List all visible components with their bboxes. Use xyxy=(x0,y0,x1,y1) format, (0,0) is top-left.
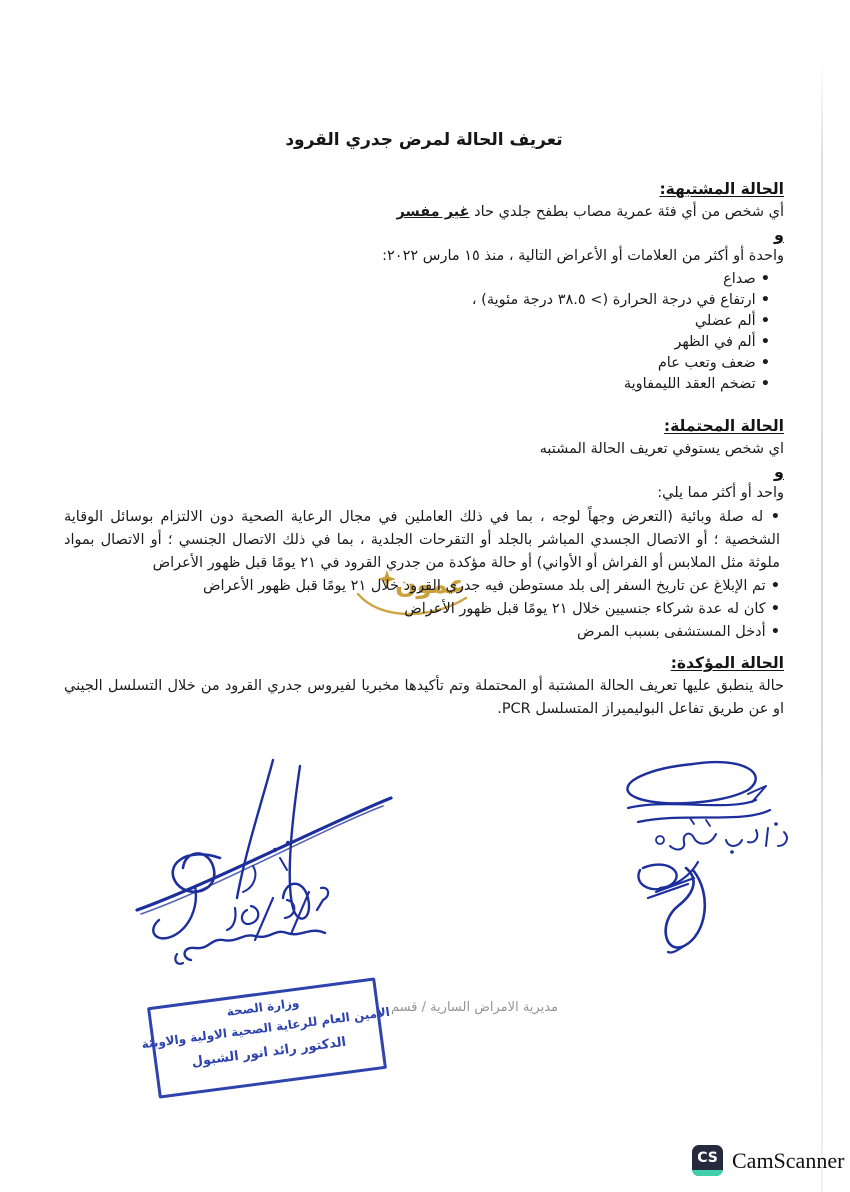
suspected-criteria-intro: واحدة أو أكثر من العلامات أو الأعراض الت… xyxy=(64,245,784,267)
suspected-heading: الحالة المشتبهة: xyxy=(64,180,784,198)
scanned-document-page: عمون تعريف الحالة لمرض جدري القرود الحال… xyxy=(0,0,850,1192)
probable-conjunction: و xyxy=(64,462,784,481)
page-title: تعريف الحالة لمرض جدري القرود xyxy=(64,130,784,150)
confirmed-body: حالة ينطبق عليها تعريف الحالة المشتبة أو… xyxy=(64,675,784,721)
confirmed-heading: الحالة المؤكدة: xyxy=(64,654,784,672)
suspected-conjunction: و xyxy=(64,225,784,244)
camscanner-logo-icon: CS xyxy=(692,1145,723,1176)
symptom-item: ارتفاع في درجة الحرارة (> ٣٨.٥ درجة مئوي… xyxy=(64,290,770,311)
department-line: مديرية الامراض السارية / قسم xyxy=(288,1000,558,1015)
section-confirmed-case: الحالة المؤكدة: حالة ينطبق عليها تعريف ا… xyxy=(64,654,784,721)
symptom-item: ضعف وتعب عام xyxy=(64,353,770,374)
criteria-item: أدخل المستشفى بسبب المرض xyxy=(64,621,780,644)
criteria-item: تم الإبلاغ عن تاريخ السفر إلى بلد مستوطن… xyxy=(64,575,780,598)
suspected-intro: أي شخص من أي فئة عمرية مصاب بطفح جلدي حا… xyxy=(64,201,784,223)
stamp-line-doctor-name: الدكتور رائد انور الشبول xyxy=(191,1035,347,1070)
symptom-item: ألم في الظهر xyxy=(64,332,770,353)
probable-criteria-intro: واحد أو أكثر مما يلي: xyxy=(64,482,784,504)
symptom-list: صداع ارتفاع في درجة الحرارة (> ٣٨.٥ درجة… xyxy=(64,269,784,395)
symptom-item: تضخم العقد الليمفاوية xyxy=(64,374,770,395)
probable-intro: اي شخص يستوفي تعريف الحالة المشتبه xyxy=(64,438,784,460)
camscanner-watermark: CS CamScanner xyxy=(692,1145,844,1176)
camscanner-logo-teal-strip xyxy=(692,1170,723,1176)
ministry-stamp: وزارة الصحة الامين العام للرعاية الصحية … xyxy=(147,977,387,1098)
criteria-item: له صلة وبائية (التعرض وجهاً لوجه ، بما ف… xyxy=(64,506,780,575)
scan-edge-shadow xyxy=(821,60,823,1192)
suspected-intro-text: أي شخص من أي فئة عمرية مصاب بطفح جلدي حا… xyxy=(470,204,784,220)
signature-left-ink xyxy=(125,758,400,973)
section-suspected-case: الحالة المشتبهة: أي شخص من أي فئة عمرية … xyxy=(64,180,784,395)
probable-heading: الحالة المحتملة: xyxy=(64,417,784,435)
criteria-item: كان له عدة شركاء جنسيين خلال ٢١ يومًا قب… xyxy=(64,598,780,621)
signature-right-ink xyxy=(598,750,803,960)
camscanner-initials: CS xyxy=(692,1145,723,1170)
section-probable-case: الحالة المحتملة: اي شخص يستوفي تعريف الح… xyxy=(64,417,784,644)
symptom-item: صداع xyxy=(64,269,770,290)
suspected-intro-emphasis: غير مفسر xyxy=(396,204,469,220)
criteria-list: له صلة وبائية (التعرض وجهاً لوجه ، بما ف… xyxy=(64,506,784,644)
symptom-item: ألم عضلي xyxy=(64,311,770,332)
camscanner-label: CamScanner xyxy=(732,1148,844,1174)
document-body: تعريف الحالة لمرض جدري القرود الحالة الم… xyxy=(0,0,850,721)
